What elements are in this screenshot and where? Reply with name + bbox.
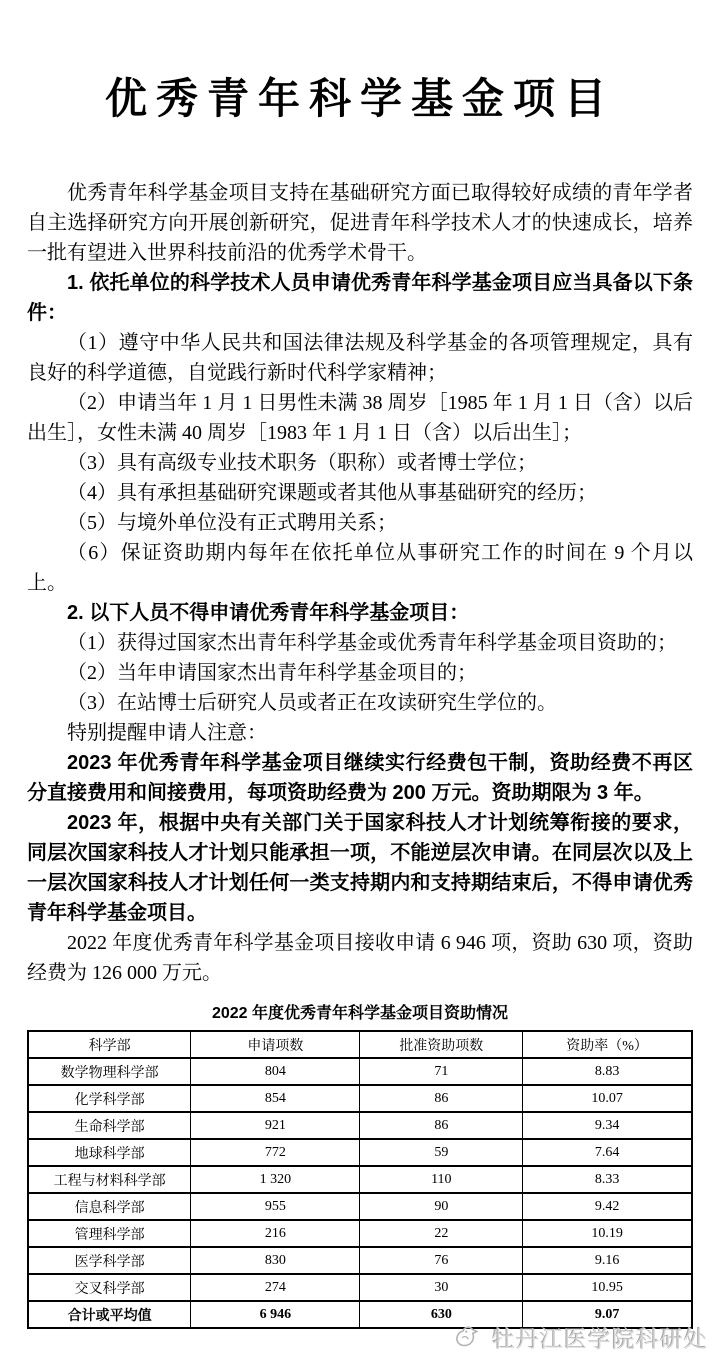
funding-table-section: 2022 年度优秀青年科学基金项目资助情况 科学部申请项数批准资助项数资助率（%…	[0, 1000, 720, 1329]
table-cell: 76	[360, 1247, 523, 1274]
table-cell: 化学科学部	[28, 1085, 191, 1112]
table-cell: 955	[191, 1193, 360, 1220]
table-cell: 9.42	[523, 1193, 692, 1220]
table-cell: 90	[360, 1193, 523, 1220]
table-cell: 6 946	[191, 1301, 360, 1328]
table-cell: 86	[360, 1112, 523, 1139]
table-row: 化学科学部8548610.07	[28, 1085, 692, 1112]
table-cell: 医学科学部	[28, 1247, 191, 1274]
table-cell: 71	[360, 1058, 523, 1085]
table-cell: 合计或平均值	[28, 1301, 191, 1328]
table-row: 交叉科学部2743010.95	[28, 1274, 692, 1301]
paragraph: （1）获得过国家杰出青年科学基金或优秀青年科学基金项目资助的；	[27, 628, 693, 658]
table-cell: 854	[191, 1085, 360, 1112]
table-row: 工程与材料科学部1 3201108.33	[28, 1166, 692, 1193]
paragraph: 优秀青年科学基金项目支持在基础研究方面已取得较好成绩的青年学者自主选择研究方向开…	[27, 178, 693, 268]
paragraph: 1. 依托单位的科学技术人员申请优秀青年科学基金项目应当具备以下条件：	[27, 268, 693, 328]
table-cell: 804	[191, 1058, 360, 1085]
table-header-row: 科学部申请项数批准资助项数资助率（%）	[28, 1031, 692, 1058]
paragraph: （5）与境外单位没有正式聘用关系；	[27, 508, 693, 538]
funding-table: 科学部申请项数批准资助项数资助率（%） 数学物理科学部804718.83化学科学…	[27, 1030, 693, 1329]
table-cell: 10.19	[523, 1220, 692, 1247]
table-cell: 管理科学部	[28, 1220, 191, 1247]
table-cell: 110	[360, 1166, 523, 1193]
table-cell: 921	[191, 1112, 360, 1139]
table-cell: 8.33	[523, 1166, 692, 1193]
paragraph: （3）在站博士后研究人员或者正在攻读研究生学位的。	[27, 688, 693, 718]
document-page: 优秀青年科学基金项目 优秀青年科学基金项目支持在基础研究方面已取得较好成绩的青年…	[0, 0, 720, 1370]
paragraph: （1）遵守中华人民共和国法律法规及科学基金的各项管理规定，具有良好的科学道德，自…	[27, 328, 693, 388]
table-cell: 216	[191, 1220, 360, 1247]
table-cell: 数学物理科学部	[28, 1058, 191, 1085]
paragraph: （6）保证资助期内每年在依托单位从事研究工作的时间在 9 个月以上。	[27, 538, 693, 598]
paragraph: 特别提醒申请人注意：	[27, 718, 693, 748]
table-header-cell: 科学部	[28, 1031, 191, 1058]
table-row: 信息科学部955909.42	[28, 1193, 692, 1220]
bird-logo-icon	[454, 1324, 486, 1352]
table-header-cell: 资助率（%）	[523, 1031, 692, 1058]
paragraph: （3）具有高级专业技术职务（职称）或者博士学位；	[27, 448, 693, 478]
paragraph: 2. 以下人员不得申请优秀青年科学基金项目：	[27, 598, 693, 628]
paragraph: 2022 年度优秀青年科学基金项目接收申请 6 946 项，资助 630 项，资…	[27, 928, 693, 988]
table-cell: 22	[360, 1220, 523, 1247]
table-cell: 59	[360, 1139, 523, 1166]
watermark-text: 牡丹江医学院科研处	[492, 1321, 708, 1354]
table-row: 地球科学部772597.64	[28, 1139, 692, 1166]
table-cell: 10.07	[523, 1085, 692, 1112]
table-cell: 地球科学部	[28, 1139, 191, 1166]
table-cell: 86	[360, 1085, 523, 1112]
table-row: 生命科学部921869.34	[28, 1112, 692, 1139]
table-header-cell: 申请项数	[191, 1031, 360, 1058]
table-cell: 9.34	[523, 1112, 692, 1139]
table-cell: 772	[191, 1139, 360, 1166]
page-title: 优秀青年科学基金项目	[0, 66, 720, 126]
table-cell: 30	[360, 1274, 523, 1301]
paragraph: （2）申请当年 1 月 1 日男性未满 38 周岁［1985 年 1 月 1 日…	[27, 388, 693, 448]
paragraph: （4）具有承担基础研究课题或者其他从事基础研究的经历；	[27, 478, 693, 508]
table-row: 医学科学部830769.16	[28, 1247, 692, 1274]
table-cell: 生命科学部	[28, 1112, 191, 1139]
table-cell: 274	[191, 1274, 360, 1301]
paragraph: 2023 年，根据中央有关部门关于国家科技人才计划统筹衔接的要求，同层次国家科技…	[27, 808, 693, 928]
table-row: 数学物理科学部804718.83	[28, 1058, 692, 1085]
table-cell: 信息科学部	[28, 1193, 191, 1220]
table-row: 管理科学部2162210.19	[28, 1220, 692, 1247]
table-cell: 830	[191, 1247, 360, 1274]
table-cell: 10.95	[523, 1274, 692, 1301]
table-cell: 1 320	[191, 1166, 360, 1193]
watermark: 牡丹江医学院科研处	[454, 1321, 708, 1354]
table-cell: 7.64	[523, 1139, 692, 1166]
table-cell: 8.83	[523, 1058, 692, 1085]
table-cell: 9.16	[523, 1247, 692, 1274]
paragraph: （2）当年申请国家杰出青年科学基金项目的；	[27, 658, 693, 688]
paragraph: 2023 年优秀青年科学基金项目继续实行经费包干制，资助经费不再区分直接费用和间…	[27, 748, 693, 808]
table-title: 2022 年度优秀青年科学基金项目资助情况	[0, 1000, 720, 1023]
table-cell: 交叉科学部	[28, 1274, 191, 1301]
table-header-cell: 批准资助项数	[360, 1031, 523, 1058]
document-body: 优秀青年科学基金项目支持在基础研究方面已取得较好成绩的青年学者自主选择研究方向开…	[27, 178, 693, 988]
table-cell: 工程与材料科学部	[28, 1166, 191, 1193]
